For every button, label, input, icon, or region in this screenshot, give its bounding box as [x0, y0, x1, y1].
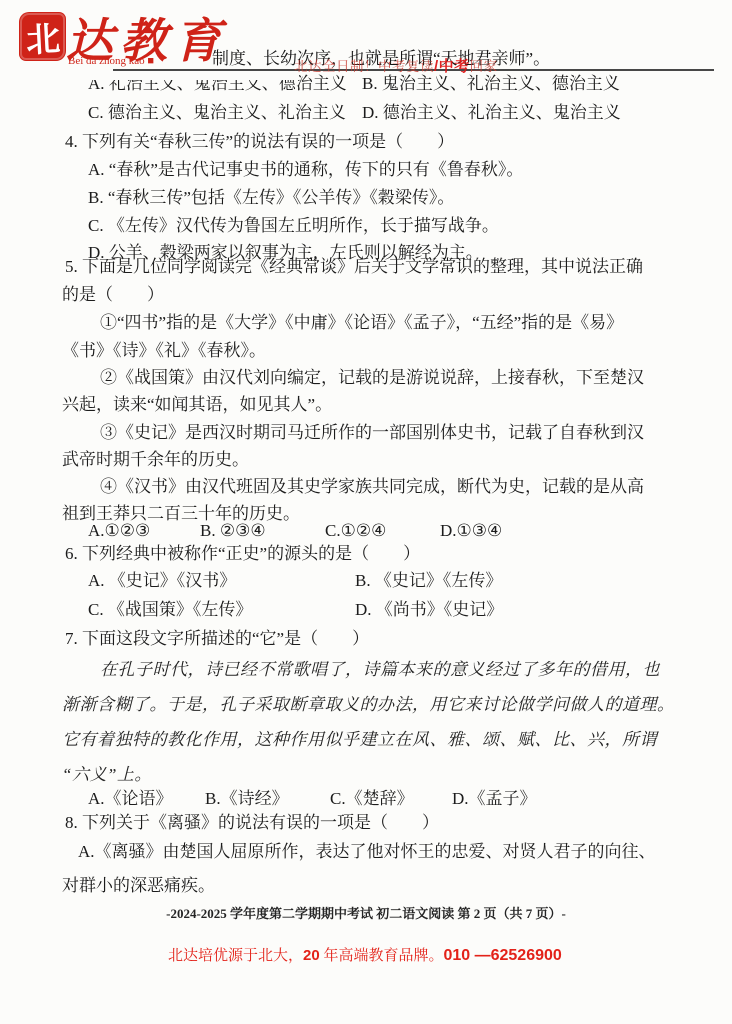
scan-artifact	[86, 71, 299, 80]
watermark-post: 回家	[470, 59, 498, 74]
seal-character: 北	[24, 11, 61, 62]
exam-paper-page: 北 达教育 Bei da zhong kao ■ 制度、长幼次序，也就是所谓“天…	[0, 0, 732, 1024]
q5-item1-line1: ①“四书”指的是《大学》《中庸》《论语》《孟子》，“五经”指的是《易》	[100, 313, 623, 333]
brand-subtitle: Bei da zhong kao ■	[68, 55, 154, 67]
page-footer: -2024-2025 学年度第二学期期中考试 初二语文阅读 第 2 页（共 7 …	[166, 903, 566, 922]
q6-option-d: D. 《尚书》《史记》	[355, 600, 503, 620]
q5-stem-line1: 5. 下面是几位同学阅读完《经典常谈》后关于文学常识的整理，其中说法正确	[65, 257, 643, 277]
q5-item1-line2: 《书》《诗》《礼》《春秋》。	[62, 341, 266, 361]
q6-stem: 6. 下列经典中被称作“正史”的源头的是（ ）	[65, 544, 420, 564]
q4-option-c: C. 《左传》汉代传为鲁国左丘明所作，长于描写战争。	[88, 216, 499, 236]
brand-footer-phone: 010 —62526900	[443, 947, 561, 964]
q4-option-a: A. “春秋”是古代记事史书的通称，传下的只有《鲁春秋》。	[88, 160, 523, 180]
q5-item3-line1: ③《史记》是西汉时期司马迁所作的一部国别体史书，记载了自春秋到汉	[100, 423, 644, 443]
q7-option-d: D.《孟子》	[452, 789, 537, 809]
q5-option-d: D.①③④	[440, 521, 502, 541]
brand-footer: 北达培优源于北大，20 年高端教育品牌。010 —62526900	[168, 944, 562, 965]
q5-option-c: C.①②④	[325, 521, 386, 541]
q7-passage-line4: “六义”上。	[62, 765, 152, 785]
q6-option-b: B. 《史记》《左传》	[355, 571, 502, 591]
watermark-bold: /中考	[434, 58, 470, 75]
q5-option-b: B. ②③④	[200, 521, 266, 541]
q5-item2-line1: ②《战国策》由汉代刘向编定，记载的是游说说辞，上接春秋，下至楚汉	[100, 368, 644, 388]
q4-option-b: B. “春秋三传”包括《左传》《公羊传》《穀梁传》。	[88, 188, 454, 208]
q6-option-c: C. 《战国策》《左传》	[88, 600, 252, 620]
q5-item2-line2: 兴起，读来“如闻其语，如见其人”。	[62, 395, 332, 415]
q7-option-c: C.《楚辞》	[330, 789, 414, 809]
q5-option-a: A.①②③	[88, 521, 150, 541]
brand-footer-years: 20	[303, 947, 320, 964]
q7-option-a: A.《论语》	[88, 789, 173, 809]
red-watermark: 北达全日制！中考复读/中考回家	[294, 55, 498, 76]
q6-option-a: A. 《史记》《汉书》	[88, 571, 236, 591]
q8-option-a-line1: A.《离骚》由楚国人屈原所作，表达了他对怀王的忠爱、对贤人君子的向往、	[78, 842, 656, 862]
q7-passage-line1: 在孔子时代，诗已经不常歌唱了，诗篇本来的意义经过了多年的借用，也	[100, 660, 660, 680]
q8-stem: 8. 下列关于《离骚》的说法有误的一项是（ ）	[65, 813, 439, 833]
q7-option-b: B.《诗经》	[205, 789, 289, 809]
q4-stem: 4. 下列有关“春秋三传”的说法有误的一项是（ ）	[65, 132, 454, 152]
q7-passage-line2: 渐渐含糊了。于是，孔子采取断章取义的办法，用它来讨论做学问做人的道理。	[62, 695, 675, 715]
q3-option-c: C. 德治主义、鬼治主义、礼治主义	[88, 103, 346, 123]
brand-footer-mid: 年高端教育品牌。	[320, 948, 444, 964]
q7-stem: 7. 下面这段文字所描述的“它”是（ ）	[65, 629, 369, 649]
brand-seal-icon: 北	[20, 13, 65, 60]
q7-passage-line3: 它有着独特的教化作用，这种作用似乎建立在风、雅、颂、赋、比、兴，所谓	[62, 730, 657, 750]
q5-stem-line2: 的是（ ）	[62, 285, 164, 305]
q5-item3-line2: 武帝时期千余年的历史。	[62, 450, 249, 470]
brand-footer-pre: 北达培优源于北大，	[168, 948, 303, 964]
q3-option-b: B. 鬼治主义、礼治主义、德治主义	[362, 74, 620, 94]
q5-item4-line1: ④《汉书》由汉代班固及其史学家族共同完成，断代为史，记载的是从高	[100, 477, 644, 497]
watermark-pre: 北达全日制！中考复读	[294, 59, 434, 74]
q3-option-d: D. 德治主义、礼治主义、鬼治主义	[362, 103, 621, 123]
q8-option-a-line2: 对群小的深恶痛疾。	[62, 876, 215, 896]
